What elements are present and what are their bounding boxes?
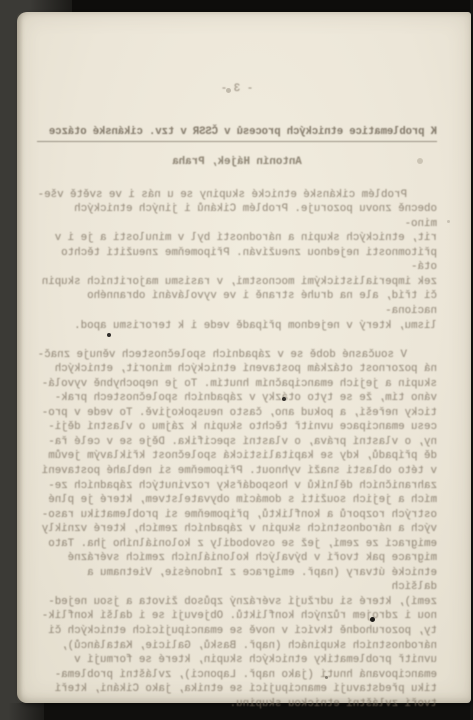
ink-speck xyxy=(282,397,286,401)
ink-speck xyxy=(370,617,375,622)
scanned-page: - 3 - K problematice etnických procesů v… xyxy=(17,12,471,703)
photographed-document: - 3 - K problematice etnických procesů v… xyxy=(0,0,473,720)
body-paragraph-2: V současné době se v západních společnos… xyxy=(37,348,437,712)
ink-speck xyxy=(226,88,231,93)
paper-left-edge-shade xyxy=(17,12,23,703)
document-heading: K problematice etnických procesů v ČSSR … xyxy=(37,125,437,143)
ink-speck xyxy=(325,676,328,679)
ink-speck xyxy=(107,333,111,337)
ink-speck xyxy=(447,220,450,223)
author-line: Antonín Hájek, Praha xyxy=(37,155,437,170)
body-paragraph-1: Problém cikánské etnické skupiny se u ná… xyxy=(37,188,437,333)
ink-speck xyxy=(417,158,423,164)
page-number: - 3 - xyxy=(37,82,437,97)
mirrored-typewritten-text-layer: - 3 - K problematice etnických procesů v… xyxy=(37,82,437,711)
